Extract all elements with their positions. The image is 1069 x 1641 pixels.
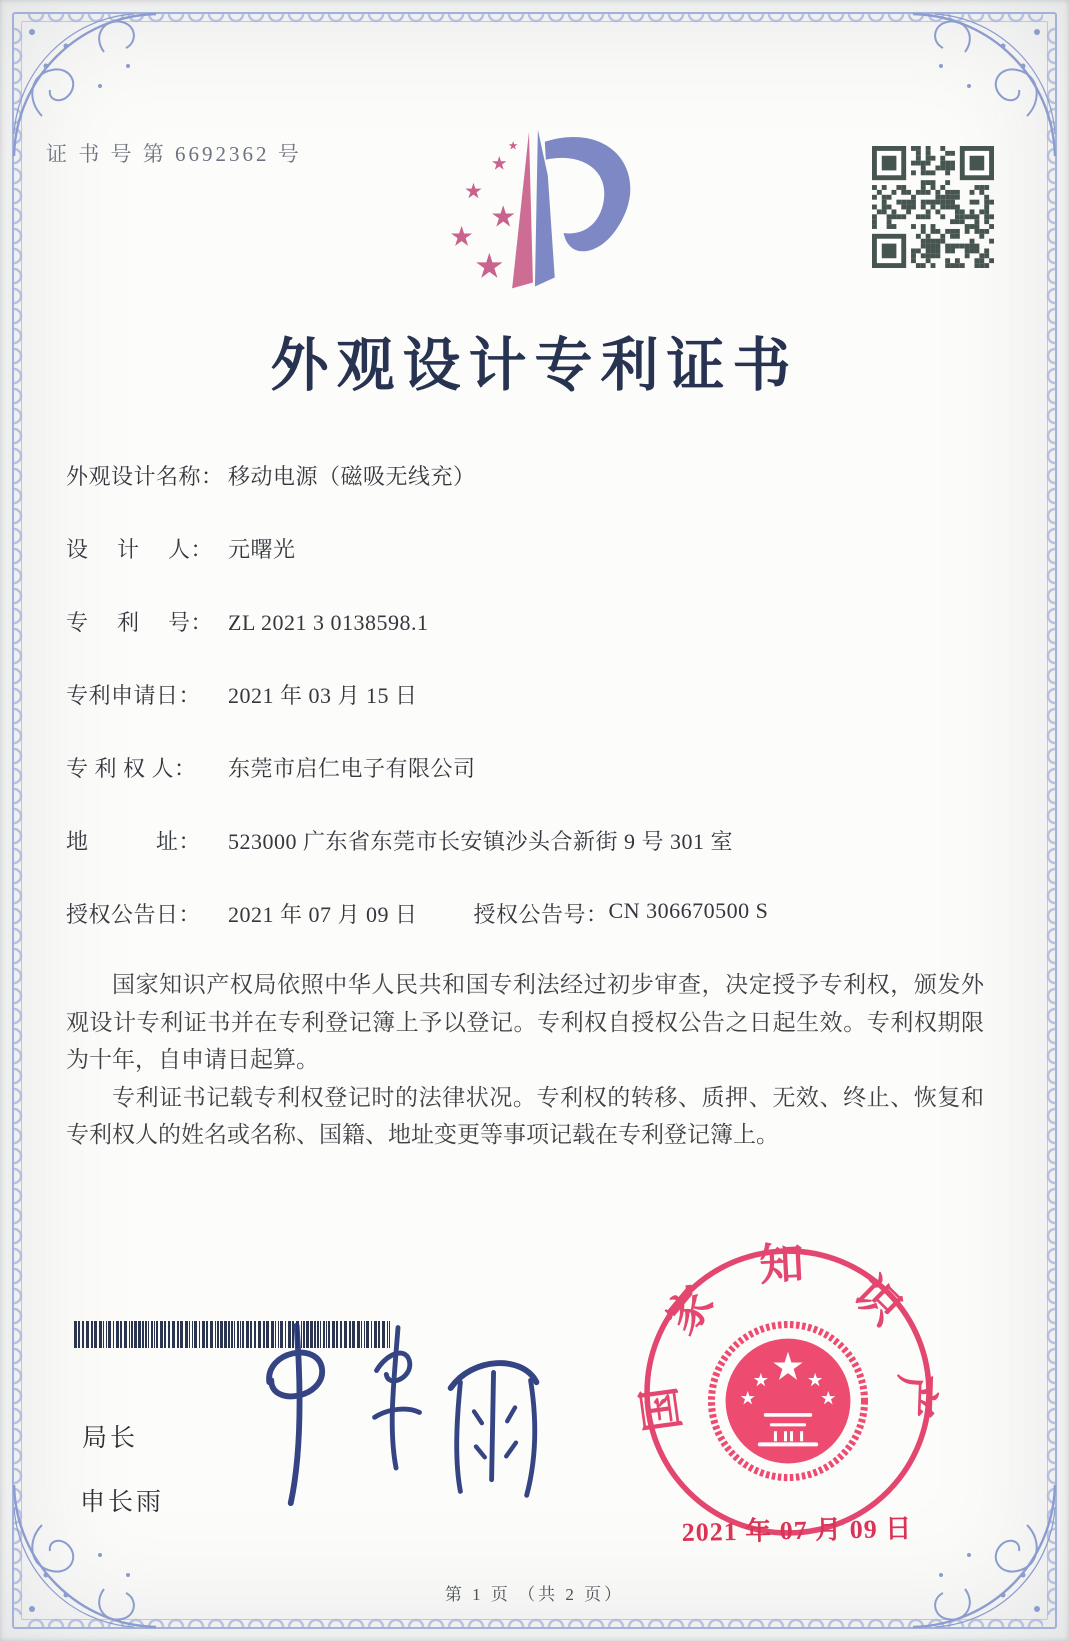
field-grant-number: 授权公告号： CN 306670500 S — [474, 898, 769, 929]
page-number: 第 1 页 （共 2 页） — [0, 1580, 1069, 1605]
field-label: 专 利 号： — [66, 606, 228, 637]
field-label: 设 计 人： — [66, 533, 228, 564]
field-patent-number: 专 利 号： ZL 2021 3 0138598.1 — [66, 606, 1006, 679]
field-filing-date: 专利申请日： 2021 年 03 月 15 日 — [66, 679, 1006, 752]
field-label: 授权公告日： — [66, 898, 228, 929]
field-label: 专 利 权 人： — [66, 752, 228, 783]
field-grant-date: 授权公告日： 2021 年 07 月 09 日 授权公告号： CN 306670… — [66, 898, 1006, 971]
field-value: 移动电源（磁吸无线充） — [228, 460, 476, 491]
lace-border-top — [26, 14, 1043, 34]
lace-border-left — [14, 26, 34, 1615]
field-value: 元曙光 — [228, 533, 296, 564]
official-seal: 国家知识产权局 — [636, 1240, 940, 1544]
field-label: 外观设计名称： — [66, 460, 228, 491]
field-value: 2021 年 03 月 15 日 — [228, 679, 418, 710]
field-label: 地 址： — [66, 825, 228, 856]
officer-title: 局长 — [82, 1418, 138, 1454]
legal-text: 国家知识产权局依照中华人民共和国专利法经过初步审查，决定授予专利权，颁发外观设计… — [66, 966, 984, 1154]
field-address: 地 址： 523000 广东省东莞市长安镇沙头合新街 9 号 301 室 — [66, 825, 1006, 898]
legal-paragraph: 专利证书记载专利权登记时的法律状况。专利权的转移、质押、无效、终止、恢复和专利权… — [66, 1079, 984, 1154]
field-design-name: 外观设计名称： 移动电源（磁吸无线充） — [66, 460, 1006, 533]
legal-paragraph: 国家知识产权局依照中华人民共和国专利法经过初步审查，决定授予专利权，颁发外观设计… — [66, 966, 984, 1079]
qr-code — [872, 146, 994, 268]
field-value: CN 306670500 S — [609, 898, 769, 929]
field-value: 523000 广东省东莞市长安镇沙头合新街 9 号 301 室 — [228, 825, 733, 856]
seal-date: 2021 年 07 月 09 日 — [652, 1507, 943, 1549]
field-value: 东莞市启仁电子有限公司 — [228, 752, 476, 783]
officer-name: 申长雨 — [80, 1482, 164, 1518]
field-value: 2021 年 07 月 09 日 — [228, 898, 418, 929]
cnipa-logo-icon — [418, 118, 636, 296]
lace-border-right — [1035, 26, 1055, 1615]
certificate-title: 外观设计专利证书 — [0, 318, 1069, 402]
certificate-number: 证 书 号 第 6692362 号 — [46, 138, 302, 168]
national-emblem-icon — [711, 1325, 864, 1478]
field-label: 授权公告号： — [474, 898, 609, 929]
field-patentee: 专 利 权 人： 东莞市启仁电子有限公司 — [66, 752, 1006, 825]
signature-handwriting — [242, 1312, 554, 1527]
lace-border-bottom — [26, 1607, 1043, 1627]
field-designer: 设 计 人： 元曙光 — [66, 533, 1006, 606]
patent-certificate-page: 证 书 号 第 6692362 号 外观设计专利证书 — [0, 0, 1069, 1641]
field-value: ZL 2021 3 0138598.1 — [228, 610, 429, 636]
field-list: 外观设计名称： 移动电源（磁吸无线充） 设 计 人： 元曙光 专 利 号： ZL… — [66, 460, 1006, 971]
field-label: 专利申请日： — [66, 679, 228, 710]
